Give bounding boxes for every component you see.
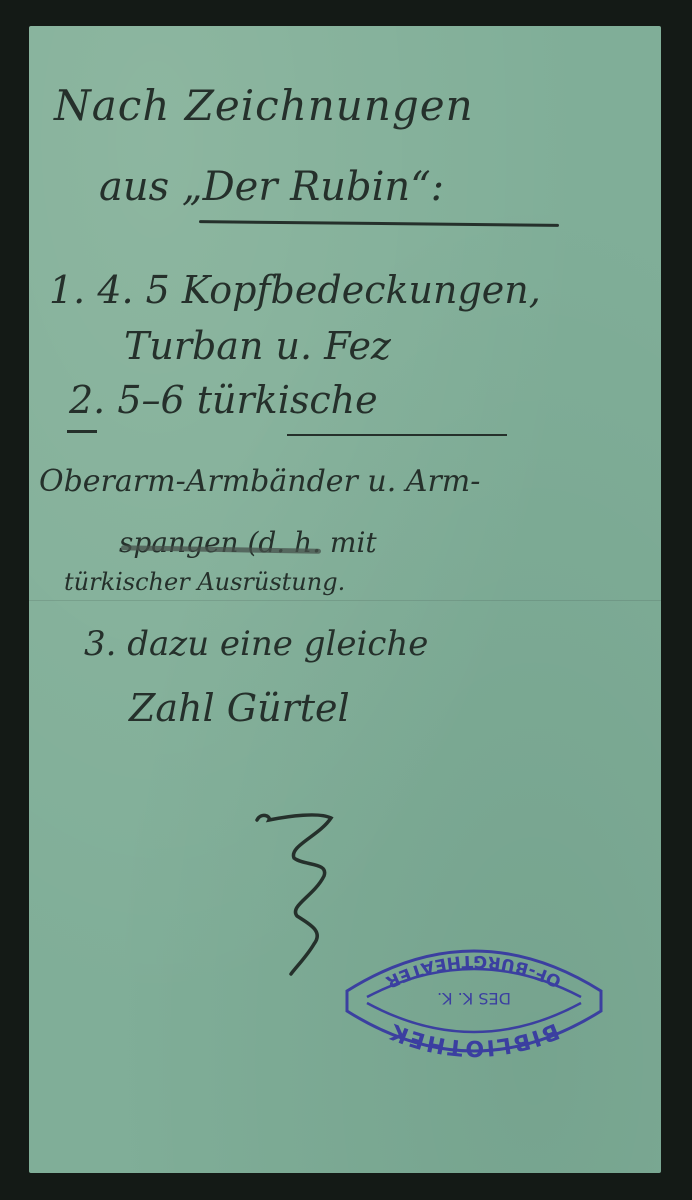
stamp-line-1: BIBLIOTHEK xyxy=(385,1018,562,1060)
heading-line-2: aus „Der Rubin“: xyxy=(99,164,444,210)
item-3-line-2: Zahl Gürtel xyxy=(129,686,350,730)
item-2-line-3: spangen (d. h. mit xyxy=(119,526,377,559)
item-2-line-4: türkischer Ausrüstung. xyxy=(64,568,345,596)
svg-text:BIBLIOTHEK: BIBLIOTHEK xyxy=(385,1018,562,1060)
item-2-word-underline xyxy=(287,434,507,436)
stamp-line-3: HOF-BURGTHEATERS xyxy=(382,951,609,1081)
svg-text:HOF-BURGTHEATERS: HOF-BURGTHEATERS xyxy=(382,951,609,1081)
paper-sheet: Nach Zeichnungen aus „Der Rubin“: 1. 4. … xyxy=(29,26,661,1173)
heading-line-1: Nach Zeichnungen xyxy=(54,81,474,130)
item-1-line-2: Turban u. Fez xyxy=(124,324,391,368)
fold-line xyxy=(29,600,661,601)
item-3-line-1: 3. dazu eine gleiche xyxy=(84,624,428,664)
stamp-line-2: DES K. K. xyxy=(437,989,511,1008)
library-stamp: BIBLIOTHEK DES K. K. HOF-BURGTHEATERS xyxy=(339,931,609,1081)
heading-underline xyxy=(199,220,559,227)
item-2-number-underline xyxy=(67,430,97,433)
item-2-line-1: 2. 5–6 türkische xyxy=(69,378,378,422)
item-2-line-2: Oberarm-Armbänder u. Arm- xyxy=(39,464,480,499)
item-1-line-1: 1. 4. 5 Kopfbedeckungen, xyxy=(49,268,541,312)
